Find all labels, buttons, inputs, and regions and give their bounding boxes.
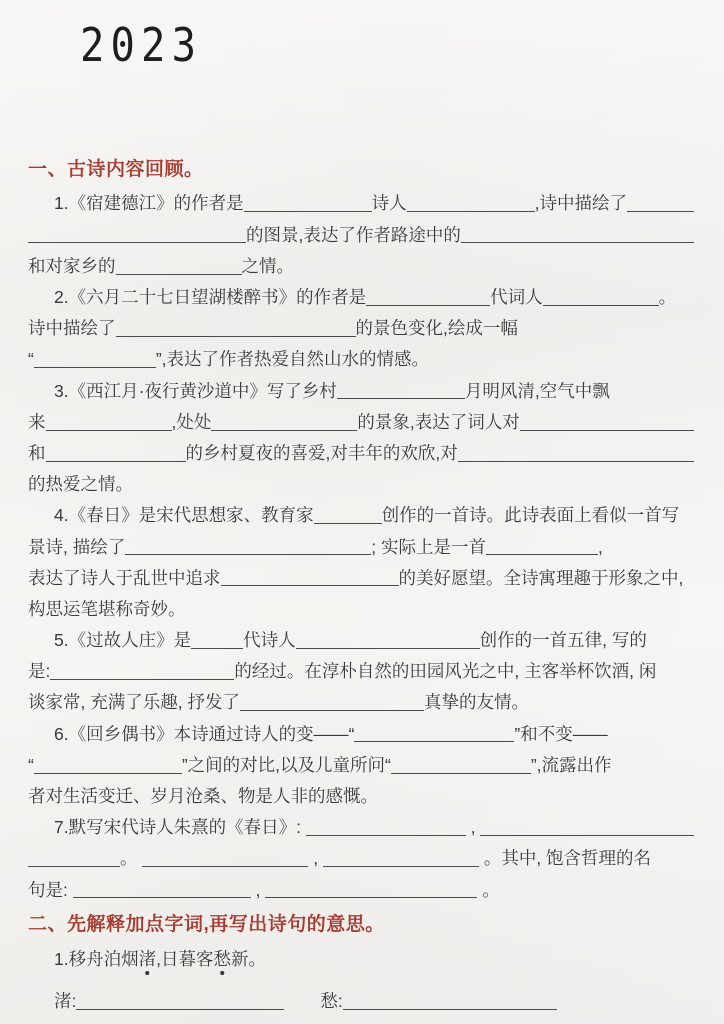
text-run: 真挚的友情。 [424, 691, 529, 714]
blank-underline [46, 424, 172, 431]
text-run: 句是: [28, 879, 73, 902]
text-run: 渚: [54, 990, 76, 1013]
blank-underline [125, 548, 371, 555]
blank-underline [343, 1003, 557, 1010]
blank-underline [306, 829, 466, 836]
blank-underline [366, 299, 490, 306]
worksheet-line: “”之间的对比,以及儿童所问“”,流露出作 [28, 745, 694, 776]
text-run: 诗中描绘了 [28, 317, 116, 340]
worksheet-line: 和的乡村夏夜的喜爱,对丰年的欢欣,对 [28, 434, 694, 465]
worksheet-line: 1.《宿建德江》的作者是诗人,诗中描绘了 [28, 184, 694, 215]
text-run: 。 [120, 847, 142, 870]
text-run: ”,流露出作 [531, 754, 612, 777]
section-heading: 一、古诗内容回顾。 [28, 150, 694, 184]
worksheet-line: 和对家乡的之情。 [28, 246, 694, 277]
worksheet-line: 4.《春日》是宋代思想家、教育家创作的一首诗。此诗表面上看似一首写 [28, 496, 694, 527]
text-run: 的经过。在淳朴自然的田园风光之中, 主客举杯饮酒, 闲 [234, 660, 656, 683]
worksheet-line: 6.《回乡偶书》本诗通过诗人的变——“”和不变—— [28, 714, 694, 745]
text-run: 月明风清,空气中飘 [465, 380, 610, 403]
blank-underline [627, 205, 694, 212]
blank-underline [50, 673, 234, 680]
text-run: 。 [477, 879, 499, 902]
text-run: ,诗中描绘了 [535, 192, 627, 215]
blank-underline [314, 517, 382, 524]
worksheet-line: 7.默写宋代诗人朱熹的《春日》: , [28, 808, 694, 839]
text-run: 是: [28, 660, 50, 683]
blank-underline [28, 236, 246, 243]
text-run: 。其中, 饱含哲理的名 [479, 847, 651, 870]
worksheet-line: 的热爱之情。 [28, 465, 694, 496]
text-run: 7.默写宋代诗人朱熹的《春日》: [54, 816, 306, 839]
blank-underline [323, 860, 479, 867]
text-run: 谈家常, 充满了乐趣, 抒发了 [28, 691, 240, 714]
text-run: 代诗人 [243, 629, 296, 652]
worksheet-line: 构思运笔堪称奇妙。 [28, 589, 694, 620]
text-run: 1.移舟泊烟 [54, 948, 139, 971]
blank-underline [76, 1003, 284, 1010]
worksheet-line: 来,处处的景象,表达了词人对 [28, 402, 694, 433]
emphasized-char: 渚 [139, 948, 157, 971]
text-run: 的景色变化,绘成一幅 [356, 317, 518, 340]
worksheet-line: 。 , 。其中, 饱含哲理的名 [28, 839, 694, 870]
blank-underline [34, 767, 182, 774]
blank-underline [486, 548, 598, 555]
worksheet-line: 1.移舟泊烟渚,日暮客愁新。 [28, 939, 694, 970]
worksheet-line: 诗中描绘了的景色变化,绘成一幅 [28, 309, 694, 340]
text-run: ; 实际上是一首 [371, 536, 486, 559]
worksheet-line: 景诗, 描绘了; 实际上是一首, [28, 527, 694, 558]
text-run: 的乡村夏夜的喜爱,对丰年的欢欣,对 [186, 442, 458, 465]
year-label: 2023 [80, 18, 202, 72]
text-run: 构思运笔堪称奇妙。 [28, 598, 186, 621]
blank-underline [337, 392, 465, 399]
text-run: 创作的一首五律, 写的 [480, 629, 647, 652]
text-run: 1.《宿建德江》的作者是 [54, 192, 244, 215]
text-run: ,日暮客 [156, 948, 213, 971]
text-run: 的热爱之情。 [28, 473, 133, 496]
worksheet-line: 句是: , 。 [28, 870, 694, 901]
blank-underline [543, 299, 659, 306]
text-run: 之情。 [242, 255, 295, 278]
text-run: 和 [28, 442, 46, 465]
text-run: ”之间的对比,以及儿童所问“ [182, 754, 391, 777]
blank-underline [244, 205, 372, 212]
text-run: ”,表达了作者热爱自然山水的情感。 [156, 348, 429, 371]
text-run: 6.《回乡偶书》本诗通过诗人的变——“ [54, 723, 354, 746]
text-run: 代词人 [490, 286, 543, 309]
worksheet-line: 3.《西江月·夜行黄沙道中》写了乡村月明风清,空气中飘 [28, 371, 694, 402]
blank-underline [221, 579, 399, 586]
text-run: 3.《西江月·夜行黄沙道中》写了乡村 [54, 380, 337, 403]
blank-underline [116, 330, 356, 337]
text-run: 愁: [320, 990, 342, 1013]
blank-underline [116, 268, 242, 275]
worksheet-page: 2023 一、古诗内容回顾。1.《宿建德江》的作者是诗人,诗中描绘了的图景,表达… [0, 0, 724, 1024]
blank-underline [73, 891, 251, 898]
text-run: 。 [659, 286, 677, 309]
text-run: 4.《春日》是宋代思想家、教育家 [54, 504, 314, 527]
blank-underline [191, 642, 243, 649]
blank-underline [34, 361, 156, 368]
text-run: 来 [28, 411, 46, 434]
blank-underline [480, 829, 694, 836]
worksheet-line: 2.《六月二十七日望湖楼醉书》的作者是代词人。 [28, 278, 694, 309]
text-run: 的美好愿望。全诗寓理趣于形象之中, [399, 567, 684, 590]
blank-underline [211, 424, 357, 431]
blank-underline [142, 860, 308, 867]
text-run: 创作的一首诗。此诗表面上看似一首写 [382, 504, 680, 527]
text-run: 诗人 [372, 192, 407, 215]
text-run: , [251, 879, 266, 902]
blank-underline [296, 642, 480, 649]
worksheet-line: 者对生活变迁、岁月沧桑、物是人非的感慨。 [28, 777, 694, 808]
blank-underline [391, 767, 531, 774]
blank-underline [240, 704, 424, 711]
blank-underline [28, 860, 120, 867]
worksheet-line: 5.《过故人庄》是代诗人创作的一首五律, 写的 [28, 621, 694, 652]
text-run: 的图景,表达了作者路途中的 [246, 224, 461, 247]
blank-underline [354, 735, 514, 742]
text-run: 者对生活变迁、岁月沧桑、物是人非的感慨。 [28, 785, 378, 808]
text-run: , [466, 816, 481, 839]
text-run: 的景象,表达了词人对 [357, 411, 519, 434]
text-run: 和对家乡的 [28, 255, 116, 278]
text-run: , [598, 536, 603, 559]
blank-underline [407, 205, 535, 212]
worksheet-line: “”,表达了作者热爱自然山水的情感。 [28, 340, 694, 371]
emphasized-char: 愁 [213, 948, 231, 971]
text-run: 表达了诗人于乱世中追求 [28, 567, 221, 590]
section-heading: 二、先解释加点字词,再写出诗句的意思。 [28, 905, 694, 939]
blank-underline [265, 891, 477, 898]
worksheet-line: 的图景,表达了作者路途中的 [28, 215, 694, 246]
worksheet-line: 表达了诗人于乱世中追求的美好愿望。全诗寓理趣于形象之中, [28, 558, 694, 589]
worksheet-line: 是:的经过。在淳朴自然的田园风光之中, 主客举杯饮酒, 闲 [28, 652, 694, 683]
text-run: 5.《过故人庄》是 [54, 629, 191, 652]
text-run: ,处处 [172, 411, 212, 434]
worksheet-line: 谈家常, 充满了乐趣, 抒发了真挚的友情。 [28, 683, 694, 714]
worksheet-line: 渚:愁: [28, 982, 694, 1013]
text-run: , [308, 847, 323, 870]
text-run: 景诗, 描绘了 [28, 536, 125, 559]
blank-underline [520, 424, 694, 431]
blank-underline [458, 455, 694, 462]
text-run: ”和不变—— [514, 723, 607, 746]
blank-underline [461, 236, 694, 243]
worksheet-content: 一、古诗内容回顾。1.《宿建德江》的作者是诗人,诗中描绘了的图景,表达了作者路途… [28, 150, 694, 1013]
blank-underline [46, 455, 186, 462]
text-run: 2.《六月二十七日望湖楼醉书》的作者是 [54, 286, 366, 309]
text-run: 新。 [231, 948, 266, 971]
